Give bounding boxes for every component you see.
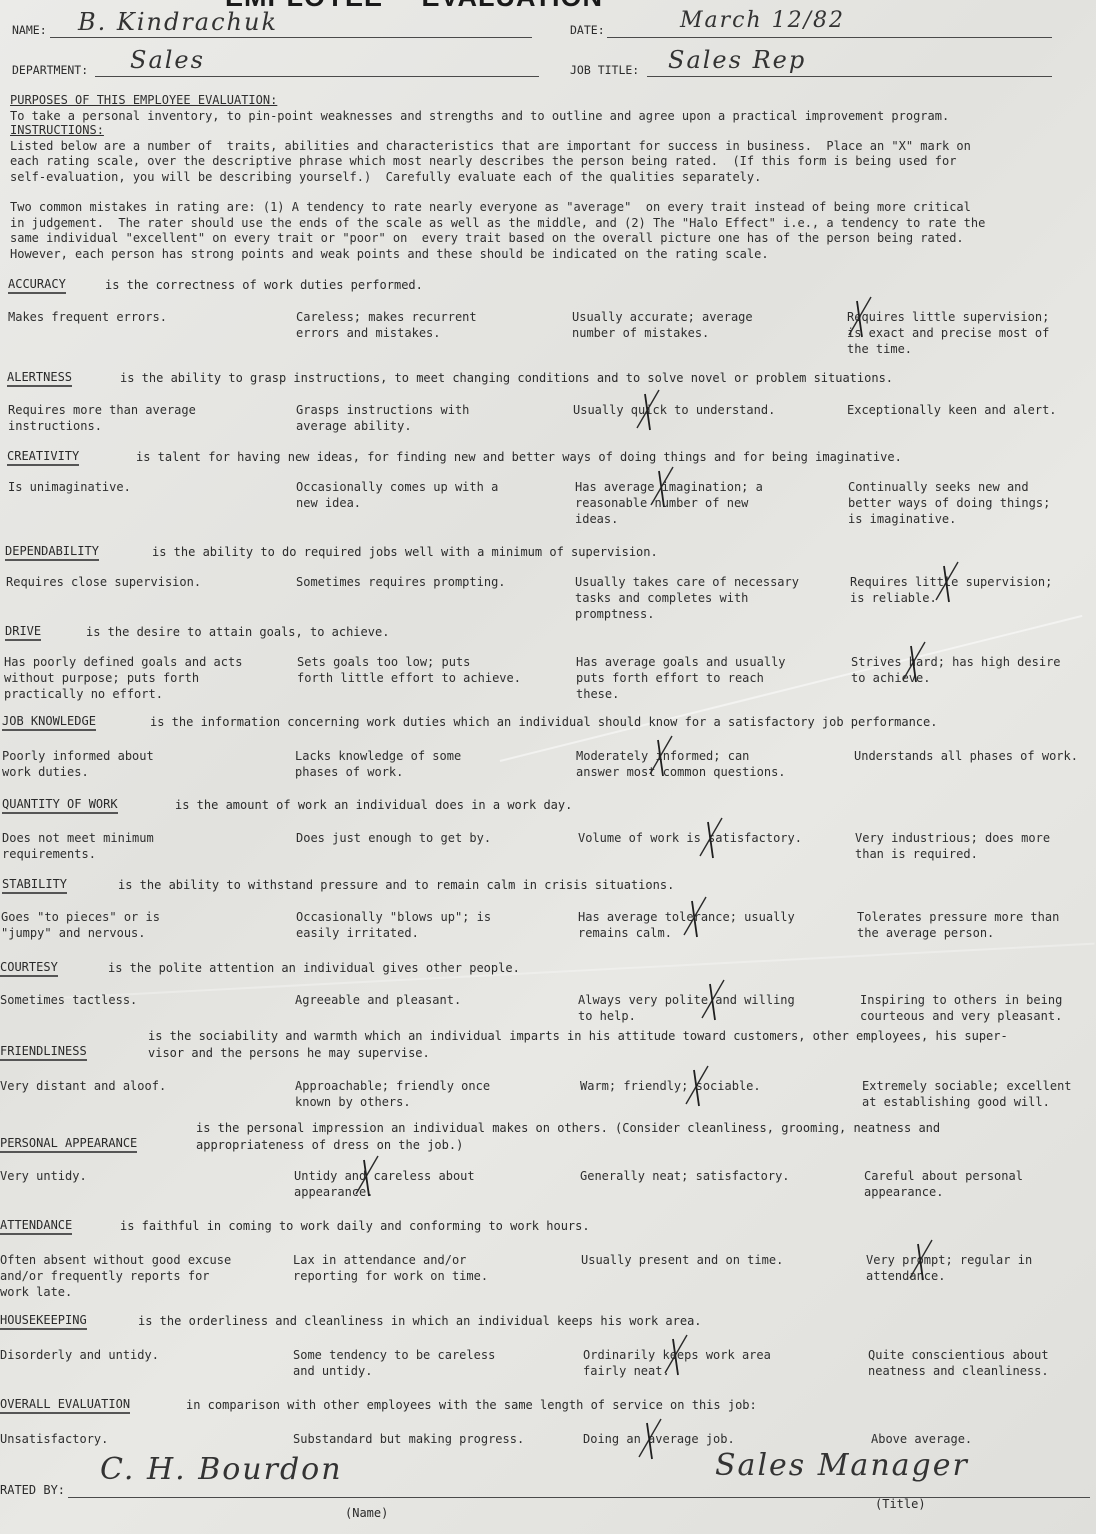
rating-option[interactable]: Very distant and aloof. xyxy=(0,1078,166,1094)
name-label: NAME: xyxy=(12,23,47,37)
title-caption: (Title) xyxy=(875,1497,926,1511)
evaluation-form-page: EMPLOYEE EVALUATION NAME: B. Kindrachuk … xyxy=(0,0,1096,1534)
mistakes-line: However, each person has strong points a… xyxy=(10,246,769,262)
rating-option[interactable]: Sets goals too low; puts forth little ef… xyxy=(297,654,521,686)
trait-name: FRIENDLINESS xyxy=(0,1044,87,1061)
rating-option[interactable]: Quite conscientious about neatness and c… xyxy=(868,1347,1049,1379)
rating-option[interactable]: Very untidy. xyxy=(0,1168,87,1184)
rating-option[interactable]: Requires little supervision; is reliable… xyxy=(850,574,1052,606)
rating-option[interactable]: Does not meet minimum requirements. xyxy=(2,830,154,862)
rated-by-name-field[interactable]: C. H. Bourdon xyxy=(100,1452,343,1487)
rating-option[interactable]: Warm; friendly; sociable. xyxy=(580,1078,761,1094)
job-title-field[interactable]: Sales Rep xyxy=(668,46,806,74)
rating-option[interactable]: Requires close supervision. xyxy=(6,574,201,590)
rating-option[interactable]: Usually accurate; average number of mist… xyxy=(572,309,753,341)
rating-option[interactable]: Very industrious; does more than is requ… xyxy=(855,830,1050,862)
trait-definition: in comparison with other employees with … xyxy=(186,1397,757,1414)
rating-option[interactable]: Does just enough to get by. xyxy=(296,830,491,846)
rated-by-title-field[interactable]: Sales Manager xyxy=(715,1448,969,1483)
rating-option[interactable]: Moderately informed; can answer most com… xyxy=(576,748,786,780)
rating-option[interactable]: Always very polite and willing to help. xyxy=(578,992,795,1024)
job-title-label: JOB TITLE: xyxy=(570,63,639,77)
form-title: EMPLOYEE EVALUATION xyxy=(225,0,603,13)
rating-option[interactable]: Extremely sociable; excellent at establi… xyxy=(862,1078,1072,1110)
rating-option[interactable]: Very prompt; regular in attendance. xyxy=(866,1252,1032,1284)
department-field-line xyxy=(95,76,539,77)
date-field[interactable]: March 12/82 xyxy=(680,8,845,33)
rating-option[interactable]: Substandard but making progress. xyxy=(293,1431,524,1447)
rating-option[interactable]: Has poorly defined goals and acts withou… xyxy=(4,654,242,702)
trait-name: QUANTITY OF WORK xyxy=(2,797,118,814)
date-field-line xyxy=(607,37,1052,38)
trait-name: DEPENDABILITY xyxy=(5,544,99,561)
rating-option[interactable]: Usually present and on time. xyxy=(581,1252,783,1268)
trait-definition: visor and the persons he may supervise. xyxy=(148,1045,430,1062)
department-label: DEPARTMENT: xyxy=(12,63,88,77)
trait-name: ATTENDANCE xyxy=(0,1218,72,1235)
department-field[interactable]: Sales xyxy=(130,46,205,74)
mistakes-line: in judgement. The rater should use the e… xyxy=(10,215,985,231)
job-title-field-line xyxy=(647,76,1052,77)
rating-option[interactable]: Untidy and careless about appearance. xyxy=(294,1168,475,1200)
rating-option[interactable]: Doing an average job. xyxy=(583,1431,735,1447)
purposes-heading: PURPOSES OF THIS EMPLOYEE EVALUATION: xyxy=(10,92,277,108)
rating-option[interactable]: Requires more than average instructions. xyxy=(8,402,196,434)
rating-option[interactable]: Tolerates pressure more than the average… xyxy=(857,909,1059,941)
rating-option[interactable]: Understands all phases of work. xyxy=(854,748,1078,764)
rating-option[interactable]: Lax in attendance and/or reporting for w… xyxy=(293,1252,488,1284)
rating-option[interactable]: Occasionally "blows up"; is easily irrit… xyxy=(296,909,491,941)
trait-name: COURTESY xyxy=(0,960,58,977)
rating-option[interactable]: Careless; makes recurrent errors and mis… xyxy=(296,309,477,341)
mistakes-line: Two common mistakes in rating are: (1) A… xyxy=(10,199,971,215)
rating-option[interactable]: Grasps instructions with average ability… xyxy=(296,402,469,434)
rating-option[interactable]: Lacks knowledge of some phases of work. xyxy=(295,748,461,780)
instructions-line: each rating scale, over the descriptive … xyxy=(10,153,956,169)
name-field-line xyxy=(50,37,532,38)
trait-definition: is the information concerning work dutie… xyxy=(150,714,937,731)
trait-definition: is the polite attention an individual gi… xyxy=(108,960,520,977)
rating-option[interactable]: Exceptionally keen and alert. xyxy=(847,402,1057,418)
rating-option[interactable]: Continually seeks new and better ways of… xyxy=(848,479,1050,527)
trait-name: CREATIVITY xyxy=(7,449,79,466)
trait-definition: is the ability to withstand pressure and… xyxy=(118,877,674,894)
rating-option[interactable]: Usually takes care of necessary tasks an… xyxy=(575,574,799,622)
trait-definition: is the amount of work an individual does… xyxy=(175,797,572,814)
trait-definition: is the ability to grasp instructions, to… xyxy=(120,370,893,387)
rating-option[interactable]: Has average goals and usually puts forth… xyxy=(576,654,786,702)
rating-option[interactable]: Disorderly and untidy. xyxy=(0,1347,159,1363)
trait-name: STABILITY xyxy=(2,877,67,894)
rating-option[interactable]: Goes "to pieces" or is "jumpy" and nervo… xyxy=(1,909,160,941)
trait-definition: is the orderliness and cleanliness in wh… xyxy=(138,1313,702,1330)
rating-option[interactable]: Makes frequent errors. xyxy=(8,309,167,325)
purposes-text: To take a personal inventory, to pin-poi… xyxy=(10,108,949,124)
rating-option[interactable]: Strives hard; has high desire to achieve… xyxy=(851,654,1061,686)
trait-definition: is faithful in coming to work daily and … xyxy=(120,1218,590,1235)
rated-by-label: RATED BY: xyxy=(0,1483,65,1497)
rating-option[interactable]: Usually quick to understand. xyxy=(573,402,775,418)
trait-definition: is talent for having new ideas, for find… xyxy=(136,449,902,466)
rating-option[interactable]: Has average tolerance; usually remains c… xyxy=(578,909,795,941)
trait-name: HOUSEKEEPING xyxy=(0,1313,87,1330)
trait-definition: is the correctness of work duties perfor… xyxy=(105,277,423,294)
rating-option[interactable]: Inspiring to others in being courteous a… xyxy=(860,992,1062,1024)
rating-option[interactable]: Generally neat; satisfactory. xyxy=(580,1168,790,1184)
name-field[interactable]: B. Kindrachuk xyxy=(78,8,278,36)
trait-name: ALERTNESS xyxy=(7,370,72,387)
rating-option[interactable]: Above average. xyxy=(871,1431,972,1447)
trait-definition: appropriateness of dress on the job.) xyxy=(196,1137,463,1154)
date-label: DATE: xyxy=(570,23,605,37)
rating-option[interactable]: Approachable; friendly once known by oth… xyxy=(295,1078,490,1110)
trait-definition: is the sociability and warmth which an i… xyxy=(148,1028,1008,1045)
rating-option[interactable]: Sometimes tactless. xyxy=(0,992,137,1008)
rating-option[interactable]: Agreeable and pleasant. xyxy=(295,992,461,1008)
rating-option[interactable]: Often absent without good excuse and/or … xyxy=(0,1252,231,1300)
rating-option[interactable]: Careful about personal appearance. xyxy=(864,1168,1023,1200)
instructions-line: Listed below are a number of traits, abi… xyxy=(10,138,971,154)
rating-option[interactable]: Sometimes requires prompting. xyxy=(296,574,506,590)
rating-option[interactable]: Has average imagination; a reasonable nu… xyxy=(575,479,763,527)
rating-option[interactable]: Occasionally comes up with a new idea. xyxy=(296,479,498,511)
instructions-line: self-evaluation, you will be describing … xyxy=(10,169,761,185)
rating-option[interactable]: Poorly informed about work duties. xyxy=(2,748,154,780)
trait-name: JOB KNOWLEDGE xyxy=(2,714,96,731)
rating-option[interactable]: Some tendency to be careless and untidy. xyxy=(293,1347,495,1379)
trait-definition: is the personal impression an individual… xyxy=(196,1120,940,1137)
rating-option[interactable]: Requires little supervision; is exact an… xyxy=(847,309,1049,357)
rating-option[interactable]: Is unimaginative. xyxy=(8,479,131,495)
trait-definition: is the ability to do required jobs well … xyxy=(152,544,658,561)
trait-name: PERSONAL APPEARANCE xyxy=(0,1136,137,1153)
trait-definition: is the desire to attain goals, to achiev… xyxy=(86,624,389,641)
trait-name: DRIVE xyxy=(5,624,41,641)
rating-option[interactable]: Ordinarily keeps work area fairly neat. xyxy=(583,1347,771,1379)
rated-by-line xyxy=(68,1497,1090,1498)
instructions-heading: INSTRUCTIONS: xyxy=(10,122,104,138)
rating-option[interactable]: Volume of work is satisfactory. xyxy=(578,830,802,846)
trait-name: OVERALL EVALUATION xyxy=(0,1397,130,1414)
name-caption: (Name) xyxy=(345,1506,388,1520)
rating-option[interactable]: Unsatisfactory. xyxy=(0,1431,108,1447)
mistakes-line: same individual "excellent" on every tra… xyxy=(10,230,964,246)
trait-name: ACCURACY xyxy=(8,277,66,294)
